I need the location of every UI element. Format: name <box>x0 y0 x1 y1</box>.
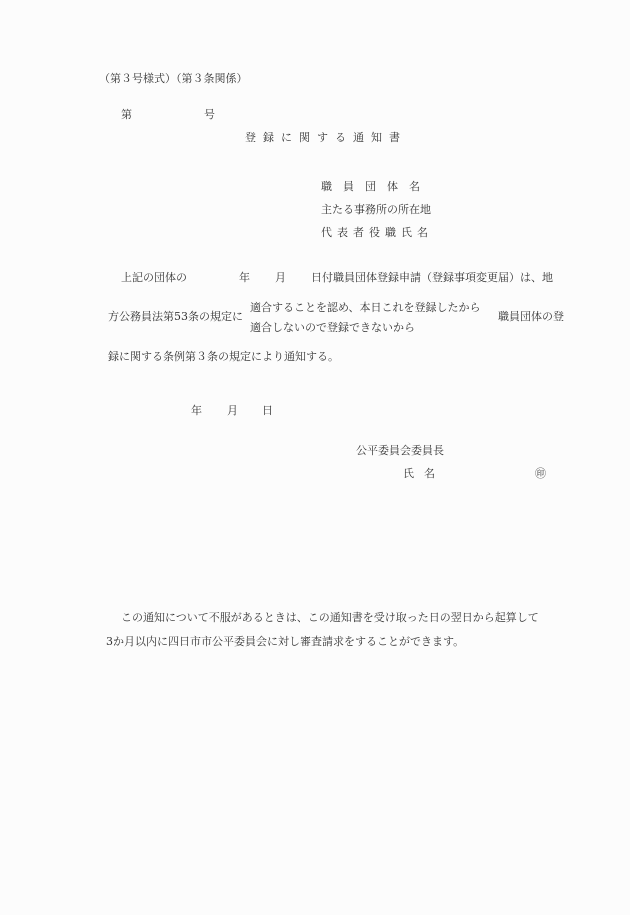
number-prefix: 第 <box>121 109 132 120</box>
body-line1-lead: 上記の団体の <box>121 272 187 283</box>
body-line2-lead: 方公務員法第53条の規定に <box>108 311 243 322</box>
seal-icon: ㊞ <box>535 468 546 479</box>
issuer-title: 公平委員会委員長 <box>356 445 444 456</box>
body-line2-tail: 職員団体の登 <box>498 311 564 322</box>
body-line1-month: 月 <box>275 272 286 283</box>
date-year: 年 <box>191 405 202 416</box>
date-month: 月 <box>227 405 238 416</box>
issuer-name-label: 氏名 <box>403 468 445 479</box>
field-label-office-address: 主たる事務所の所在地 <box>321 204 431 215</box>
body-line3: 録に関する条例第３条の規定により通知する。 <box>108 351 339 362</box>
option-reject: 適合しないので登録できないから <box>250 322 415 333</box>
notice-line1: この通知について不服があるときは、この通知書を受け取った日の翌日から起算して <box>121 612 539 623</box>
notice-line2: 3か月以内に四日市市公平委員会に対し審査請求をすることができます。 <box>106 636 464 647</box>
body-line1-year: 年 <box>239 272 250 283</box>
form-header: （第３号様式）（第３条関係） <box>99 73 248 84</box>
option-approve: 適合することを認め、本日これを登録したから <box>250 302 481 313</box>
date-day: 日 <box>262 405 273 416</box>
document-title: 登録に関する通知書 <box>245 132 407 143</box>
field-label-representative: 代表者役職氏名 <box>321 227 433 238</box>
body-line1-rest: 日付職員団体登録申請（登録事項変更届）は、地 <box>311 272 553 283</box>
number-suffix: 号 <box>204 109 215 120</box>
field-label-organization-name: 職員団体名 <box>321 181 431 192</box>
